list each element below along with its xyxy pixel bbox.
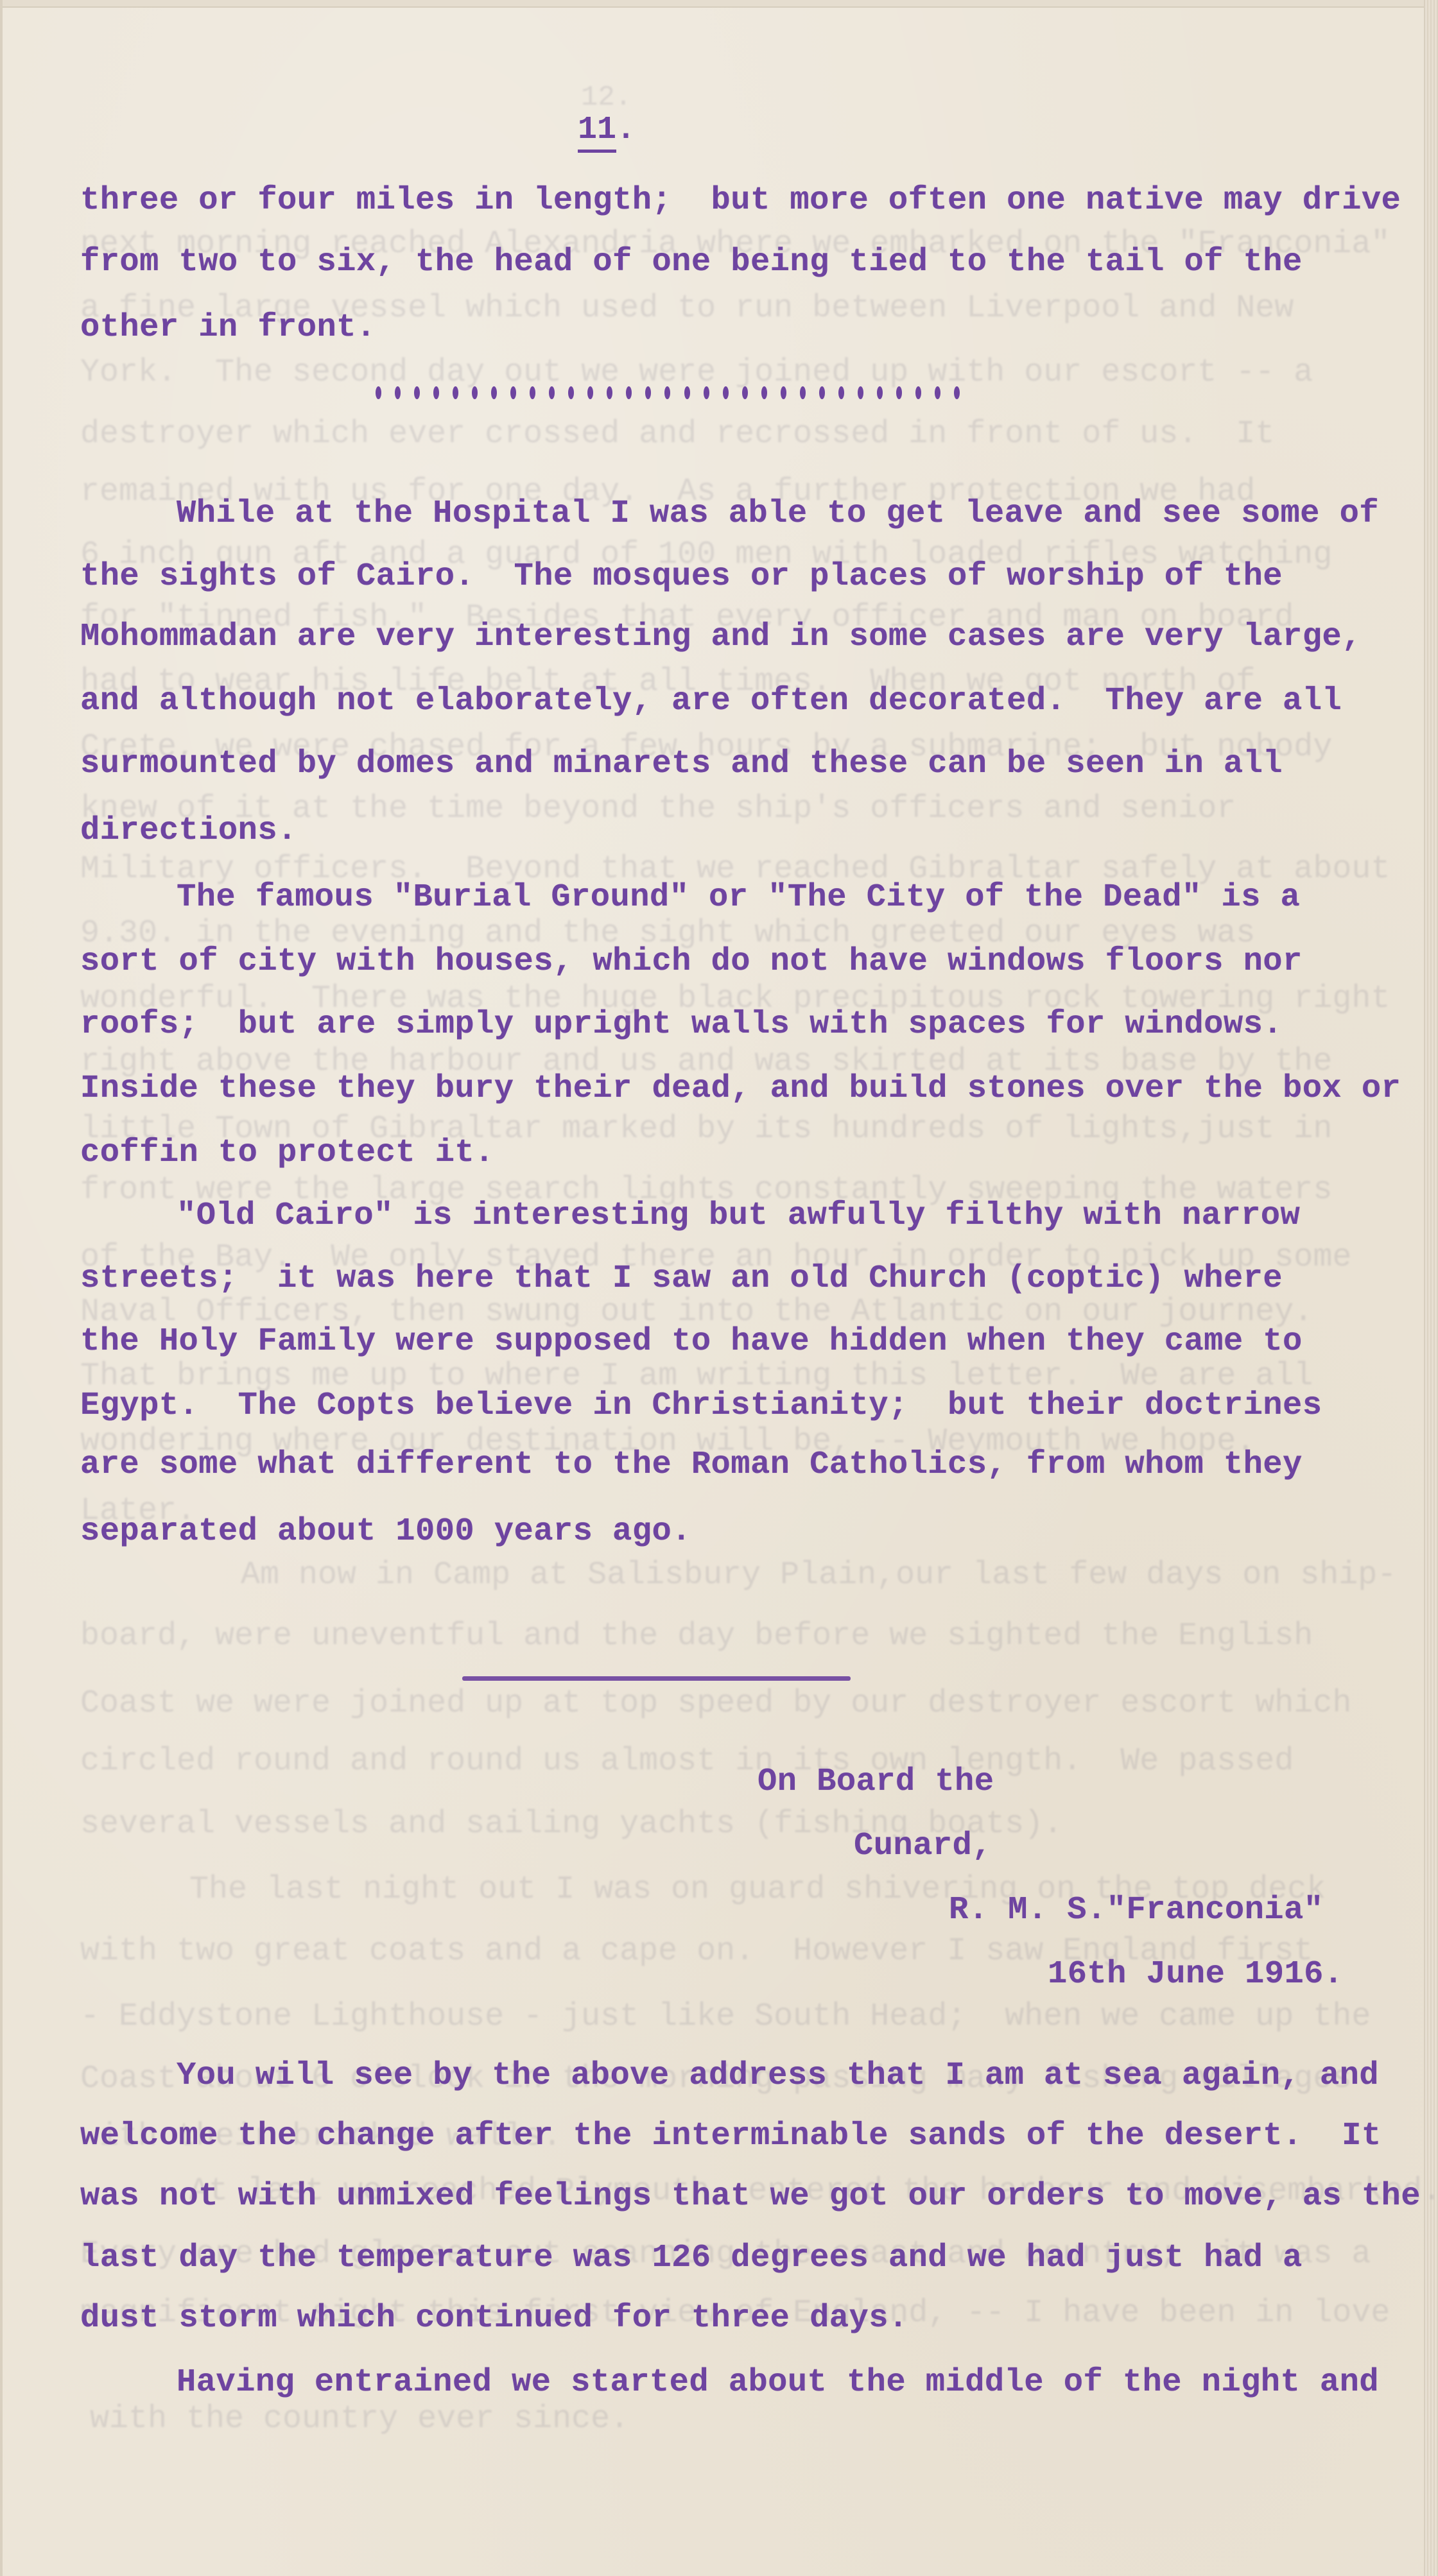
separator-dot	[645, 386, 651, 399]
separator-dot	[723, 386, 729, 399]
text-line: Mohommadan are very interesting and in s…	[80, 621, 1362, 654]
separator-dot	[819, 386, 825, 399]
bleed-line: board, were uneventful and the day befor…	[80, 1620, 1313, 1653]
text-line: and although not elaborately, are often …	[80, 685, 1342, 718]
separator-dot	[587, 386, 593, 399]
separator-dot	[568, 386, 574, 399]
page-number-period: .	[616, 112, 636, 148]
text-line: While at the Hospital I was able to get …	[177, 498, 1379, 531]
separator-dot	[761, 386, 767, 399]
text-line: was not with unmixed feelings that we go…	[80, 2181, 1421, 2213]
text-line: Having entrained we started about the mi…	[177, 2367, 1379, 2400]
separator-dot	[858, 386, 863, 399]
address-line-cunard: Cunard,	[854, 1830, 992, 1863]
text-line: You will see by the above address that I…	[177, 2060, 1379, 2093]
bleed-line: destroyer which ever crossed and recross…	[80, 418, 1274, 451]
page-number: 11.	[578, 114, 636, 146]
separator-dot	[453, 386, 458, 399]
separator-dot	[607, 386, 612, 399]
text-line: the sights of Cairo. The mosques or plac…	[80, 561, 1283, 594]
separator-dot	[530, 386, 535, 399]
separator-dot	[684, 386, 690, 399]
separator-dot	[800, 386, 806, 399]
separator-dot	[742, 386, 748, 399]
text-line: three or four miles in length; but more …	[80, 185, 1401, 218]
text-line: "Old Cairo" is interesting but awfully f…	[177, 1200, 1300, 1233]
separator-dot	[626, 386, 632, 399]
separator-dot	[395, 386, 401, 399]
bleed-line: with the country ever since.	[90, 2403, 629, 2435]
address-line-on-board: On Board the	[758, 1766, 994, 1799]
separator-dot	[433, 386, 439, 399]
bleed-page-number: 12.	[581, 83, 632, 112]
bleed-line: York. The second day out we were joined …	[80, 357, 1313, 389]
bleed-line: circled round and round us almost in its…	[80, 1746, 1294, 1778]
text-line: roofs; but are simply upright walls with…	[80, 1009, 1283, 1042]
text-line: other in front.	[80, 312, 376, 345]
separator-dot	[935, 386, 940, 399]
separator-dot	[549, 386, 555, 399]
page-number-value: 11	[578, 112, 616, 153]
bleed-line: Coast we were joined up at top speed by …	[80, 1688, 1351, 1720]
separator-dot	[491, 386, 497, 399]
separator-dot	[472, 386, 478, 399]
text-line: welcome the change after the interminabl…	[80, 2120, 1382, 2153]
text-line: dust storm which continued for three day…	[80, 2303, 908, 2335]
separator-dot	[896, 386, 902, 399]
separator-dot	[414, 386, 420, 399]
separator-dot	[781, 386, 786, 399]
dotted-separator	[376, 385, 960, 400]
page-left-edge	[0, 0, 3, 2576]
separator-dot	[376, 386, 381, 399]
separator-dot	[954, 386, 960, 399]
text-line: separated about 1000 years ago.	[80, 1516, 691, 1549]
letter-date: 16th June 1916.	[1048, 1959, 1344, 1991]
separator-dot	[838, 386, 844, 399]
separator-dot	[915, 386, 921, 399]
text-line: from two to six, the head of one being t…	[80, 246, 1303, 279]
separator-dot	[877, 386, 883, 399]
text-line: last day the temperature was 126 degrees…	[80, 2242, 1303, 2275]
text-line: coffin to protect it.	[80, 1137, 494, 1170]
bleed-line: Am now in Camp at Salisbury Plain,our la…	[241, 1559, 1396, 1592]
separator-dot	[510, 386, 516, 399]
text-line: sort of city with houses, which do not h…	[80, 946, 1303, 979]
text-line: streets; it was here that I saw an old C…	[80, 1263, 1283, 1296]
text-line: directions.	[80, 815, 297, 848]
section-divider-rule	[462, 1676, 851, 1681]
separator-dot	[664, 386, 670, 399]
text-line: surmounted by domes and minarets and the…	[80, 748, 1283, 781]
bleed-line: - Eddystone Lighthouse - just like South…	[80, 2001, 1371, 2033]
text-line: Inside these they bury their dead, and b…	[80, 1073, 1401, 1106]
text-line: are some what different to the Roman Cat…	[80, 1449, 1303, 1482]
text-line: Egypt. The Copts believe in Christianity…	[80, 1390, 1322, 1423]
page-top-edge	[0, 0, 1438, 8]
text-line: the Holy Family were supposed to have hi…	[80, 1326, 1303, 1359]
separator-dot	[704, 386, 709, 399]
text-line: The famous "Burial Ground" or "The City …	[177, 882, 1300, 914]
address-line-ship: R. M. S."Franconia"	[949, 1894, 1323, 1927]
